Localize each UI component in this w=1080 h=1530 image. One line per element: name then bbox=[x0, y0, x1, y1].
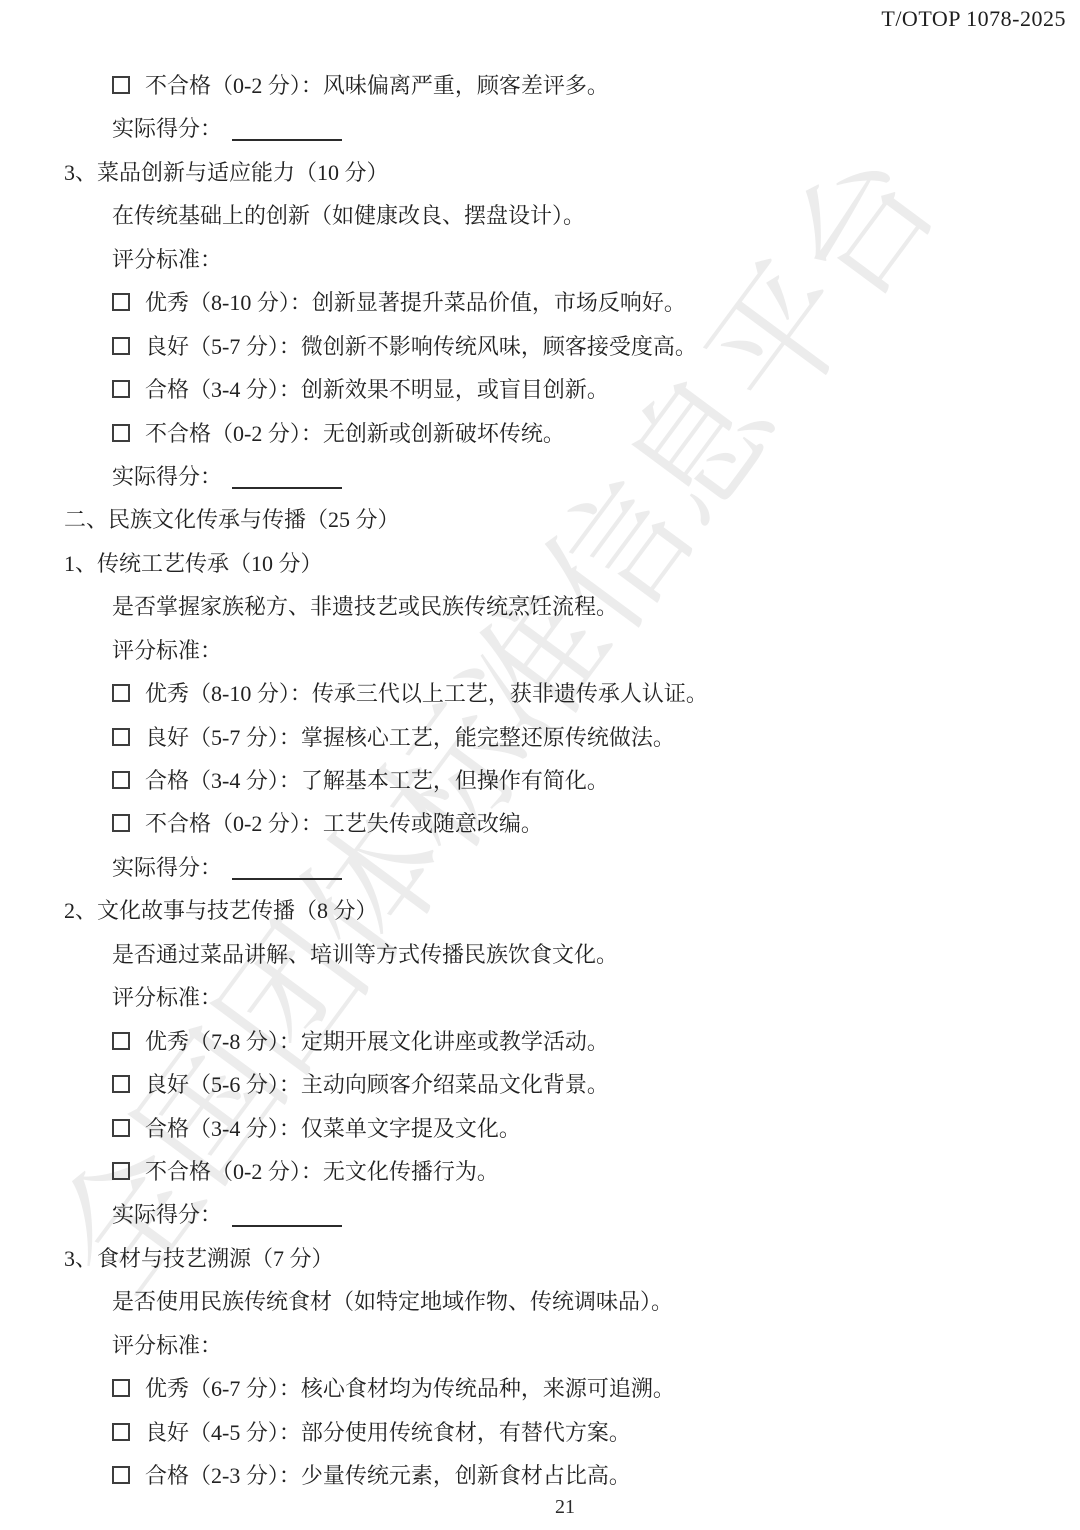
checkbox[interactable] bbox=[112, 1423, 130, 1441]
description-text: 是否通过菜品讲解、培训等方式传播民族饮食文化。 bbox=[112, 942, 618, 967]
criteria-row: 合格（3-4 分）：仅菜单文字提及文化。 bbox=[0, 1107, 1080, 1150]
page-number: 21 bbox=[0, 1496, 1080, 1519]
description-text: 评分标准： bbox=[112, 638, 222, 663]
heading-text: 二、民族文化传承与传播（25 分） bbox=[64, 507, 400, 532]
description-line: 是否使用民族传统食材（如特定地域作物、传统调味品）。 bbox=[0, 1280, 1080, 1323]
section-heading: 1、传统工艺传承（10 分） bbox=[0, 542, 1080, 585]
checkbox[interactable] bbox=[112, 293, 130, 311]
description-line: 评分标准： bbox=[0, 976, 1080, 1019]
checkbox[interactable] bbox=[112, 1119, 130, 1137]
description-line: 是否通过菜品讲解、培训等方式传播民族饮食文化。 bbox=[0, 933, 1080, 976]
criteria-label: 良好（5-6 分）：主动向顾客介绍菜品文化背景。 bbox=[145, 1072, 609, 1097]
description-text: 评分标准： bbox=[112, 1333, 222, 1358]
heading-text: 3、菜品创新与适应能力（10 分） bbox=[64, 160, 389, 185]
criteria-label: 不合格（0-2 分）：风味偏离严重，顾客差评多。 bbox=[145, 73, 609, 98]
criteria-row: 优秀（6-7 分）：核心食材均为传统品种，来源可追溯。 bbox=[0, 1367, 1080, 1410]
criteria-row: 不合格（0-2 分）：无创新或创新破坏传统。 bbox=[0, 412, 1080, 455]
criteria-label: 优秀（8-10 分）：传承三代以上工艺，获非遗传承人认证。 bbox=[145, 681, 708, 706]
criteria-label: 优秀（8-10 分）：创新显著提升菜品价值，市场反响好。 bbox=[145, 290, 686, 315]
score-row: 实际得分： bbox=[0, 846, 1080, 889]
score-blank-underline[interactable] bbox=[232, 139, 342, 141]
description-line: 评分标准： bbox=[0, 629, 1080, 672]
criteria-label: 良好（5-7 分）：掌握核心工艺，能完整还原传统做法。 bbox=[145, 725, 675, 750]
score-blank-underline[interactable] bbox=[232, 1225, 342, 1227]
score-blank-underline[interactable] bbox=[232, 878, 342, 880]
section-heading: 二、民族文化传承与传播（25 分） bbox=[0, 498, 1080, 541]
criteria-label: 良好（4-5 分）：部分使用传统食材，有替代方案。 bbox=[145, 1420, 631, 1445]
criteria-label: 不合格（0-2 分）：工艺失传或随意改编。 bbox=[145, 811, 543, 836]
section-heading: 3、菜品创新与适应能力（10 分） bbox=[0, 151, 1080, 194]
criteria-label: 合格（3-4 分）：了解基本工艺，但操作有简化。 bbox=[145, 768, 609, 793]
checkbox[interactable] bbox=[112, 76, 130, 94]
checkbox[interactable] bbox=[112, 771, 130, 789]
section-heading: 3、食材与技艺溯源（7 分） bbox=[0, 1237, 1080, 1280]
criteria-label: 优秀（6-7 分）：核心食材均为传统品种，来源可追溯。 bbox=[145, 1376, 675, 1401]
criteria-label: 合格（2-3 分）：少量传统元素，创新食材占比高。 bbox=[145, 1463, 631, 1488]
criteria-row: 不合格（0-2 分）：工艺失传或随意改编。 bbox=[0, 802, 1080, 845]
section-heading: 2、文化故事与技艺传播（8 分） bbox=[0, 889, 1080, 932]
checkbox[interactable] bbox=[112, 814, 130, 832]
checkbox[interactable] bbox=[112, 1162, 130, 1180]
criteria-row: 优秀（8-10 分）：创新显著提升菜品价值，市场反响好。 bbox=[0, 281, 1080, 324]
description-text: 在传统基础上的创新（如健康改良、摆盘设计）。 bbox=[112, 203, 585, 228]
checkbox[interactable] bbox=[112, 1466, 130, 1484]
description-line: 评分标准： bbox=[0, 238, 1080, 281]
criteria-row: 优秀（7-8 分）：定期开展文化讲座或教学活动。 bbox=[0, 1020, 1080, 1063]
score-row: 实际得分： bbox=[0, 455, 1080, 498]
criteria-label: 不合格（0-2 分）：无创新或创新破坏传统。 bbox=[145, 421, 565, 446]
score-label: 实际得分： bbox=[112, 855, 222, 880]
description-line: 在传统基础上的创新（如健康改良、摆盘设计）。 bbox=[0, 194, 1080, 237]
criteria-row: 良好（5-7 分）：掌握核心工艺，能完整还原传统做法。 bbox=[0, 716, 1080, 759]
description-text: 是否使用民族传统食材（如特定地域作物、传统调味品）。 bbox=[112, 1289, 673, 1314]
criteria-row: 合格（3-4 分）：了解基本工艺，但操作有简化。 bbox=[0, 759, 1080, 802]
criteria-label: 合格（3-4 分）：创新效果不明显，或盲目创新。 bbox=[145, 377, 609, 402]
checkbox[interactable] bbox=[112, 424, 130, 442]
criteria-label: 不合格（0-2 分）：无文化传播行为。 bbox=[145, 1159, 499, 1184]
criteria-label: 合格（3-4 分）：仅菜单文字提及文化。 bbox=[145, 1116, 521, 1141]
checkbox[interactable] bbox=[112, 1032, 130, 1050]
score-row: 实际得分： bbox=[0, 107, 1080, 150]
heading-text: 3、食材与技艺溯源（7 分） bbox=[64, 1246, 334, 1271]
checkbox[interactable] bbox=[112, 684, 130, 702]
criteria-row: 良好（4-5 分）：部分使用传统食材，有替代方案。 bbox=[0, 1411, 1080, 1454]
checkbox[interactable] bbox=[112, 337, 130, 355]
description-text: 是否掌握家族秘方、非遗技艺或民族传统烹饪流程。 bbox=[112, 594, 618, 619]
criteria-row: 不合格（0-2 分）：风味偏离严重，顾客差评多。 bbox=[0, 64, 1080, 107]
criteria-row: 合格（3-4 分）：创新效果不明显，或盲目创新。 bbox=[0, 368, 1080, 411]
checkbox[interactable] bbox=[112, 380, 130, 398]
criteria-row: 优秀（8-10 分）：传承三代以上工艺，获非遗传承人认证。 bbox=[0, 672, 1080, 715]
score-row: 实际得分： bbox=[0, 1193, 1080, 1236]
description-line: 是否掌握家族秘方、非遗技艺或民族传统烹饪流程。 bbox=[0, 585, 1080, 628]
criteria-row: 不合格（0-2 分）：无文化传播行为。 bbox=[0, 1150, 1080, 1193]
checkbox[interactable] bbox=[112, 728, 130, 746]
criteria-row: 合格（2-3 分）：少量传统元素，创新食材占比高。 bbox=[0, 1454, 1080, 1497]
checkbox[interactable] bbox=[112, 1379, 130, 1397]
description-line: 评分标准： bbox=[0, 1324, 1080, 1367]
score-label: 实际得分： bbox=[112, 1202, 222, 1227]
score-label: 实际得分： bbox=[112, 116, 222, 141]
document-page: T/OTOP 1078-2025 全国团体标准信息平台 不合格（0-2 分）：风… bbox=[0, 0, 1080, 1530]
document-body: 不合格（0-2 分）：风味偏离严重，顾客差评多。实际得分：3、菜品创新与适应能力… bbox=[0, 64, 1080, 1497]
criteria-row: 良好（5-7 分）：微创新不影响传统风味，顾客接受度高。 bbox=[0, 325, 1080, 368]
heading-text: 2、文化故事与技艺传播（8 分） bbox=[64, 898, 378, 923]
heading-text: 1、传统工艺传承（10 分） bbox=[64, 551, 323, 576]
doc-code: T/OTOP 1078-2025 bbox=[881, 6, 1066, 32]
criteria-label: 良好（5-7 分）：微创新不影响传统风味，顾客接受度高。 bbox=[145, 334, 697, 359]
checkbox[interactable] bbox=[112, 1075, 130, 1093]
description-text: 评分标准： bbox=[112, 985, 222, 1010]
description-text: 评分标准： bbox=[112, 247, 222, 272]
criteria-row: 良好（5-6 分）：主动向顾客介绍菜品文化背景。 bbox=[0, 1063, 1080, 1106]
score-label: 实际得分： bbox=[112, 464, 222, 489]
score-blank-underline[interactable] bbox=[232, 487, 342, 489]
criteria-label: 优秀（7-8 分）：定期开展文化讲座或教学活动。 bbox=[145, 1029, 609, 1054]
